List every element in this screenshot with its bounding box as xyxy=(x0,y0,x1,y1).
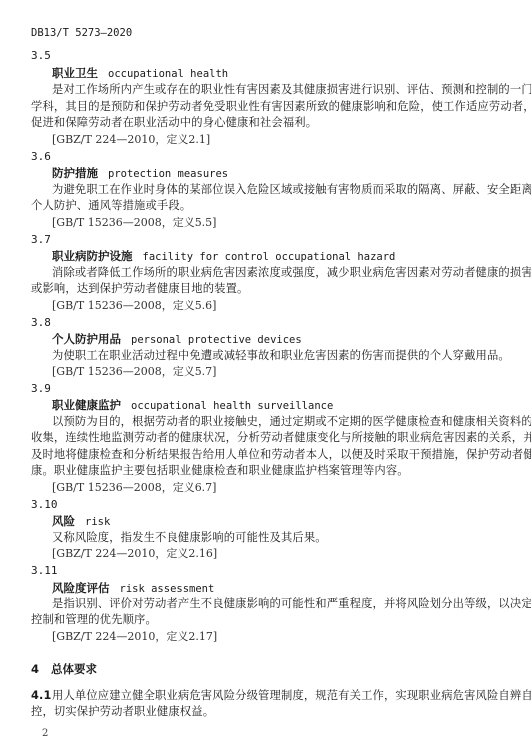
term-number: 3.5 xyxy=(31,49,51,63)
term-zh: 职业健康监护 xyxy=(52,398,121,412)
source-reference: [GB/T 15236—2008，定义5.7] xyxy=(52,365,216,379)
term-en: personal protective devices xyxy=(131,334,302,346)
definition-line: 是对工作场所内产生或存在的职业性有害因素及其健康损害进行识别、评估、预测和控制的… xyxy=(52,83,505,97)
definition-line: 为避免职工在作业时身体的某部位误入危险区域或接触有害物质而采取的隔离、屏蔽、安全… xyxy=(52,183,505,197)
term-en: occupational health surveillance xyxy=(131,400,333,412)
definition-line: 康。职业健康监护主要包括职业健康检查和职业健康监护档案管理等内容。 xyxy=(31,464,484,478)
section-number: 4 xyxy=(31,662,51,676)
term-zh: 职业病防护设施 xyxy=(52,249,133,263)
term-number: 3.10 xyxy=(31,498,58,512)
term-number: 3.6 xyxy=(31,150,51,164)
term-number: 3.7 xyxy=(31,233,51,247)
definition-line: 消除或者降低工作场所的职业病危害因素浓度或强度，减少职业病危害因素对劳动者健康的… xyxy=(52,266,505,280)
term-zh: 风险 xyxy=(52,514,75,528)
term-en: risk xyxy=(85,516,110,528)
definition-line: 为使职工在职业活动过程中免遭或减轻事故和职业危害因素的伤害而提供的个人穿戴用品。 xyxy=(52,349,505,363)
definition-line: 学科，其目的是预防和保护劳动者免受职业性有害因素所致的健康影响和危险，使工作适应… xyxy=(31,100,484,114)
term-title: 职业病防护设施facility for control occupational… xyxy=(52,249,395,264)
clause-number: 4.1 xyxy=(31,689,52,703)
term-en: protection measures xyxy=(108,168,228,180)
definition-line: 控制和管理的优先顺序。 xyxy=(31,613,484,627)
definition-line: 收集，连续性地监测劳动者的健康状况，分析劳动者健康变化与所接触的职业病危害因素的… xyxy=(31,431,484,445)
term-zh: 个人防护用品 xyxy=(52,332,121,346)
definition-line: 是指识别、评价对劳动者产生不良健康影响的可能性和严重程度，并将风险划分出等级，以… xyxy=(52,597,505,611)
page-number: 2 xyxy=(42,727,48,741)
term-number: 3.9 xyxy=(31,382,51,396)
term-number: 3.8 xyxy=(31,316,51,330)
section-title: 总体要求 xyxy=(51,662,97,676)
document-id-header: DB13/T 5273—2020 xyxy=(31,26,132,40)
term-title: 职业卫生occupational health xyxy=(52,66,228,81)
term-en: facility for control occupational hazard xyxy=(143,251,396,263)
term-zh: 风险度评估 xyxy=(52,581,110,595)
term-title: 风险度评估risk assessment xyxy=(52,581,214,596)
term-zh: 防护措施 xyxy=(52,166,98,180)
section-heading-4: 4总体要求 xyxy=(31,662,97,676)
source-reference: [GB/T 15236—2008，定义6.7] xyxy=(52,481,216,495)
term-title: 防护措施protection measures xyxy=(52,166,228,181)
source-reference: [GBZ/T 224—2010，定义2.16] xyxy=(52,547,217,561)
definition-line: 以预防为目的，根据劳动者的职业接触史，通过定期或不定期的医学健康检查和健康相关资… xyxy=(52,415,505,429)
source-reference: [GB/T 15236—2008，定义5.5] xyxy=(52,216,216,230)
term-title: 个人防护用品personal protective devices xyxy=(52,332,302,347)
clause-text: 用人单位应建立健全职业病危害风险分级管理制度，规范有关工作，实现职业病危害风险自… xyxy=(52,689,531,702)
definition-line: 或影响，达到保护劳动者健康目地的装置。 xyxy=(31,282,484,296)
term-number: 3.11 xyxy=(31,564,58,578)
definition-line: 促进和保障劳动者在职业活动中的身心健康和社会福利。 xyxy=(31,116,484,130)
term-en: occupational health xyxy=(108,68,228,80)
source-reference: [GB/T 15236—2008，定义5.6] xyxy=(52,299,216,313)
definition-line: 个人防护、通风等措施或手段。 xyxy=(31,199,484,213)
definition-line: 又称风险度，指发生不良健康影响的可能性及其后果。 xyxy=(52,531,505,545)
source-reference: [GBZ/T 224—2010，定义2.1] xyxy=(52,133,210,147)
term-zh: 职业卫生 xyxy=(52,66,98,80)
term-en: risk assessment xyxy=(120,583,215,595)
term-title: 职业健康监护occupational health surveillance xyxy=(52,398,333,413)
clause-line: 控，切实保护劳动者职业健康权益。 xyxy=(31,705,484,719)
definition-line: 及时地将健康检查和分析结果报告给用人单位和劳动者本人，以便及时采取干预措施，保护… xyxy=(31,448,484,462)
term-title: 风险risk xyxy=(52,514,110,529)
clause-line: 4.1用人单位应建立健全职业病危害风险分级管理制度，规范有关工作，实现职业病危害… xyxy=(31,689,484,703)
source-reference: [GBZ/T 224—2010，定义2.17] xyxy=(52,630,217,644)
